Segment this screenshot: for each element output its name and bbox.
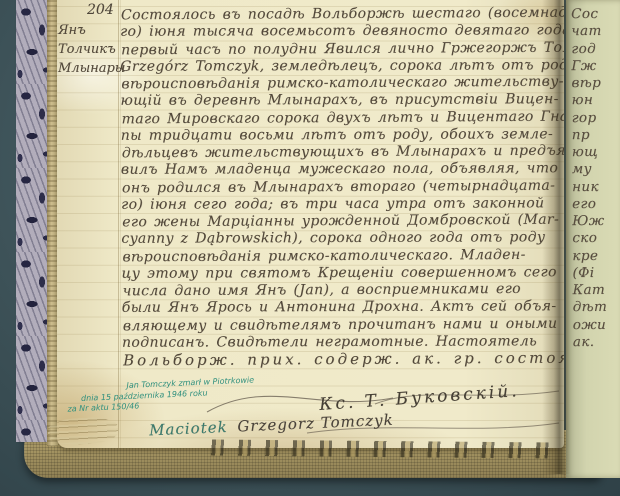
margin-name-line: Янъ [58, 21, 119, 40]
handwriting-line: Вольборж. прих. содерж. ак. гр. состояні… [123, 350, 564, 370]
handwriting-line: го) іюня сего года; въ три часа утра отъ… [121, 195, 563, 214]
margin-name-block: ЯнъТолчикъМлынары [58, 21, 119, 78]
handwriting-line: ющій въ деревнѣ Млынарахъ, въ присутстві… [120, 91, 562, 110]
signature-prefix: Maciotek [149, 418, 228, 439]
handwriting-fragment: вѣр [571, 75, 606, 92]
handwriting-fragment: Сос [571, 6, 606, 23]
next-page-edge: СосчатгодГжвѣрюнгорпрющмуникегоЮжскокре(… [566, 0, 620, 478]
register-photo: СосчатгодГжвѣрюнгорпрющмуникегоЮжскокре(… [0, 0, 620, 496]
handwriting-line: cyanny z Dąbrowskich), сорока одного год… [121, 229, 563, 248]
handwriting-fragment: пр [572, 127, 607, 144]
handwriting-line: онъ родился въ Млынарахъ втораго (четырн… [122, 177, 564, 197]
handwriting-fragment: гор [572, 109, 607, 126]
handwriting-line: первый часъ по полудни Явился лично Грже… [121, 39, 563, 59]
handwriting-fragment: ющ [572, 144, 607, 161]
handwriting-line: го) іюня тысяча восемьсотъ девяносто дев… [120, 22, 562, 41]
handwriting-fragment: дѣт [573, 299, 608, 316]
record-number: 204 [87, 2, 119, 18]
handwriting-fragment: ожи [573, 316, 608, 333]
handwriting-line: вляющему и свидѣтелямъ прочитанъ нами и … [123, 315, 564, 335]
handwriting-line: были Янъ Ярось и Антонина Дрохна. Актъ с… [122, 298, 564, 317]
handwriting-fragment: му [572, 161, 607, 178]
handwriting-line: таго Мировскаго сорока двухъ лѣтъ и Вице… [122, 108, 564, 128]
handwriting-line: Grzegórz Tomczyk, земледѣлецъ, сорока лѣ… [120, 57, 562, 76]
handwriting-fragment: ник [572, 178, 607, 195]
margin-annotation: 204 ЯнъТолчикъМлынары [57, 2, 119, 78]
handwriting-fragment: ак. [573, 334, 608, 351]
handwriting-fragment: (Фі [572, 265, 607, 282]
margin-name-line: Толчикъ [58, 40, 119, 59]
handwriting-fragment: кре [572, 247, 607, 264]
handwriting-line: вилъ Намъ младенца мужескаго пола, объяв… [121, 160, 563, 179]
frayed-page-bottom [205, 439, 563, 458]
declarant-signature: Maciotek Grzegorz Tomczyk [149, 411, 394, 440]
handwriting-fragment: чат [571, 23, 606, 40]
handwriting-fragment: Гж [571, 58, 606, 75]
handwriting-fragment: Кат [573, 282, 608, 299]
next-page-text-fragments: СосчатгодГжвѣрюнгорпрющмуникегоЮжскокре(… [571, 6, 607, 351]
handwriting-fragment: ско [572, 230, 607, 247]
handwriting-fragment: Юж [572, 213, 607, 230]
death-annotation-note: Jan Tomczyk zmarł w Piotrkowiednia 15 pa… [66, 374, 277, 415]
record-text: Состоялось въ посадѣ Вольборжѣ шестаго (… [121, 5, 564, 370]
handwriting-fragment: юн [572, 92, 607, 109]
handwriting-line: пы тридцати восьми лѣтъ отъ роду, обоихъ… [121, 126, 563, 145]
handwriting-fragment: его [572, 196, 607, 213]
register-page: 204 ЯнъТолчикъМлынары Состоялось въ поса… [57, 0, 564, 448]
priest-signature: Кс. Т. Буковскій. [319, 381, 521, 415]
handwriting-line: цу этому при святомъ Крещеніи совершенно… [121, 264, 563, 283]
signature-name: Grzegorz Tomczyk [237, 411, 394, 436]
margin-name-line: Млынары [58, 59, 119, 78]
handwriting-line: подписанъ. Свидѣтели неграмотные. Настоя… [122, 333, 564, 352]
handwriting-fragment: год [571, 40, 606, 57]
handwriting-line: вѣроисповѣданія римско-католическаго. Мл… [122, 246, 564, 266]
